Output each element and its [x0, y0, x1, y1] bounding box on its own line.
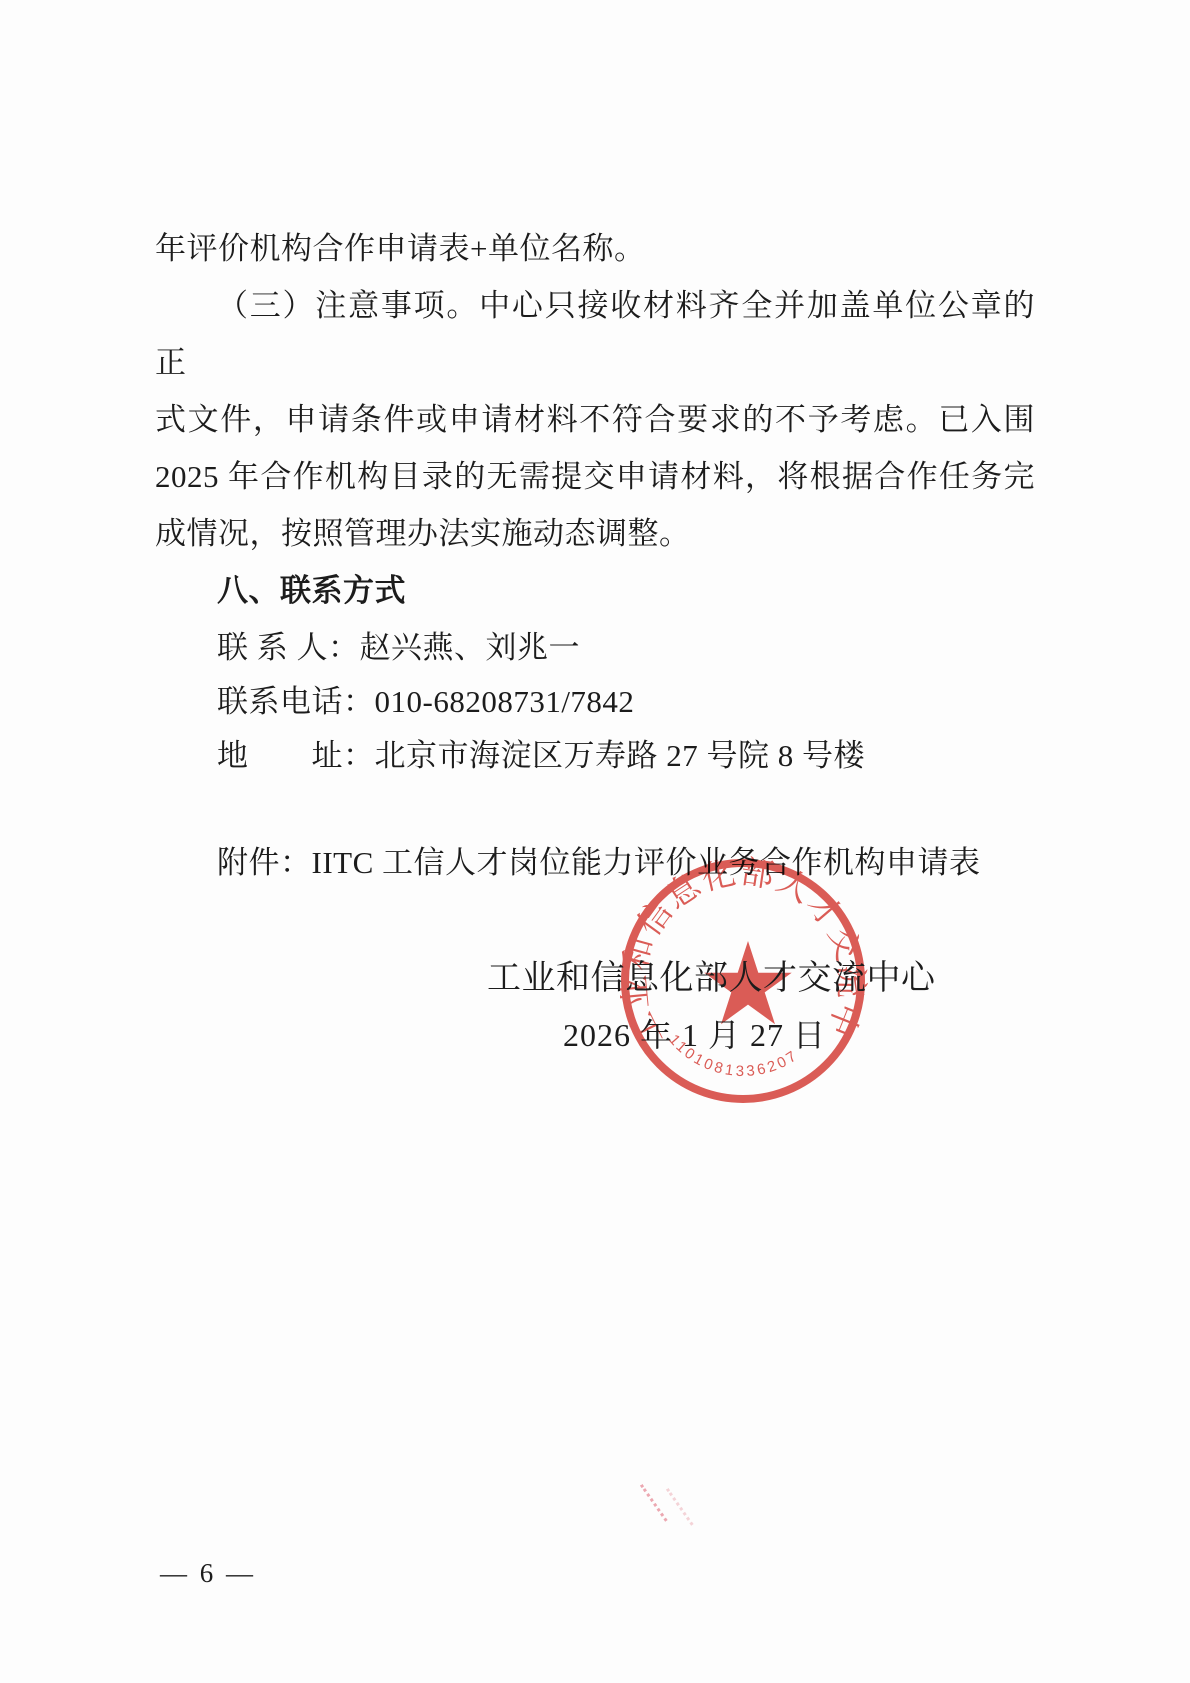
body-line-5: 成情况，按照管理办法实施动态调整。 [155, 505, 1035, 562]
page-number: — 6 — [160, 1558, 256, 1589]
contact-person-line: 联 系 人：赵兴燕、刘兆一 [155, 621, 1035, 675]
document-page: 年评价机构合作申请表+单位名称。 （三）注意事项。中心只接收材料齐全并加盖单位公… [0, 0, 1190, 1683]
body-line-3: 式文件，申请条件或申请材料不符合要求的不予考虑。已入围 [155, 391, 1035, 448]
signature-organization: 工业和信息化部人才交流中心 [487, 950, 936, 999]
attachment-line: 附件：IITC 工信人才岗位能力评价业务合作机构申请表 [155, 834, 1035, 891]
contact-address-line: 地 址：北京市海淀区万寿路 27 号院 8 号楼 [155, 729, 1035, 783]
contact-phone-line: 联系电话：010-68208731/7842 [155, 675, 1035, 729]
body-line-2: （三）注意事项。中心只接收材料齐全并加盖单位公章的正 [155, 277, 1035, 391]
body-line-1: 年评价机构合作申请表+单位名称。 [155, 220, 1035, 277]
signature-date: 2026 年 1 月 27 日 [563, 1010, 826, 1056]
document-body: 年评价机构合作申请表+单位名称。 （三）注意事项。中心只接收材料齐全并加盖单位公… [155, 0, 1035, 891]
body-line-4: 2025 年合作机构目录的无需提交申请材料，将根据合作任务完 [155, 448, 1035, 505]
section-heading: 八、联系方式 [155, 562, 1035, 619]
contact-block: 联 系 人：赵兴燕、刘兆一 联系电话：010-68208731/7842 地 址… [155, 621, 1035, 783]
